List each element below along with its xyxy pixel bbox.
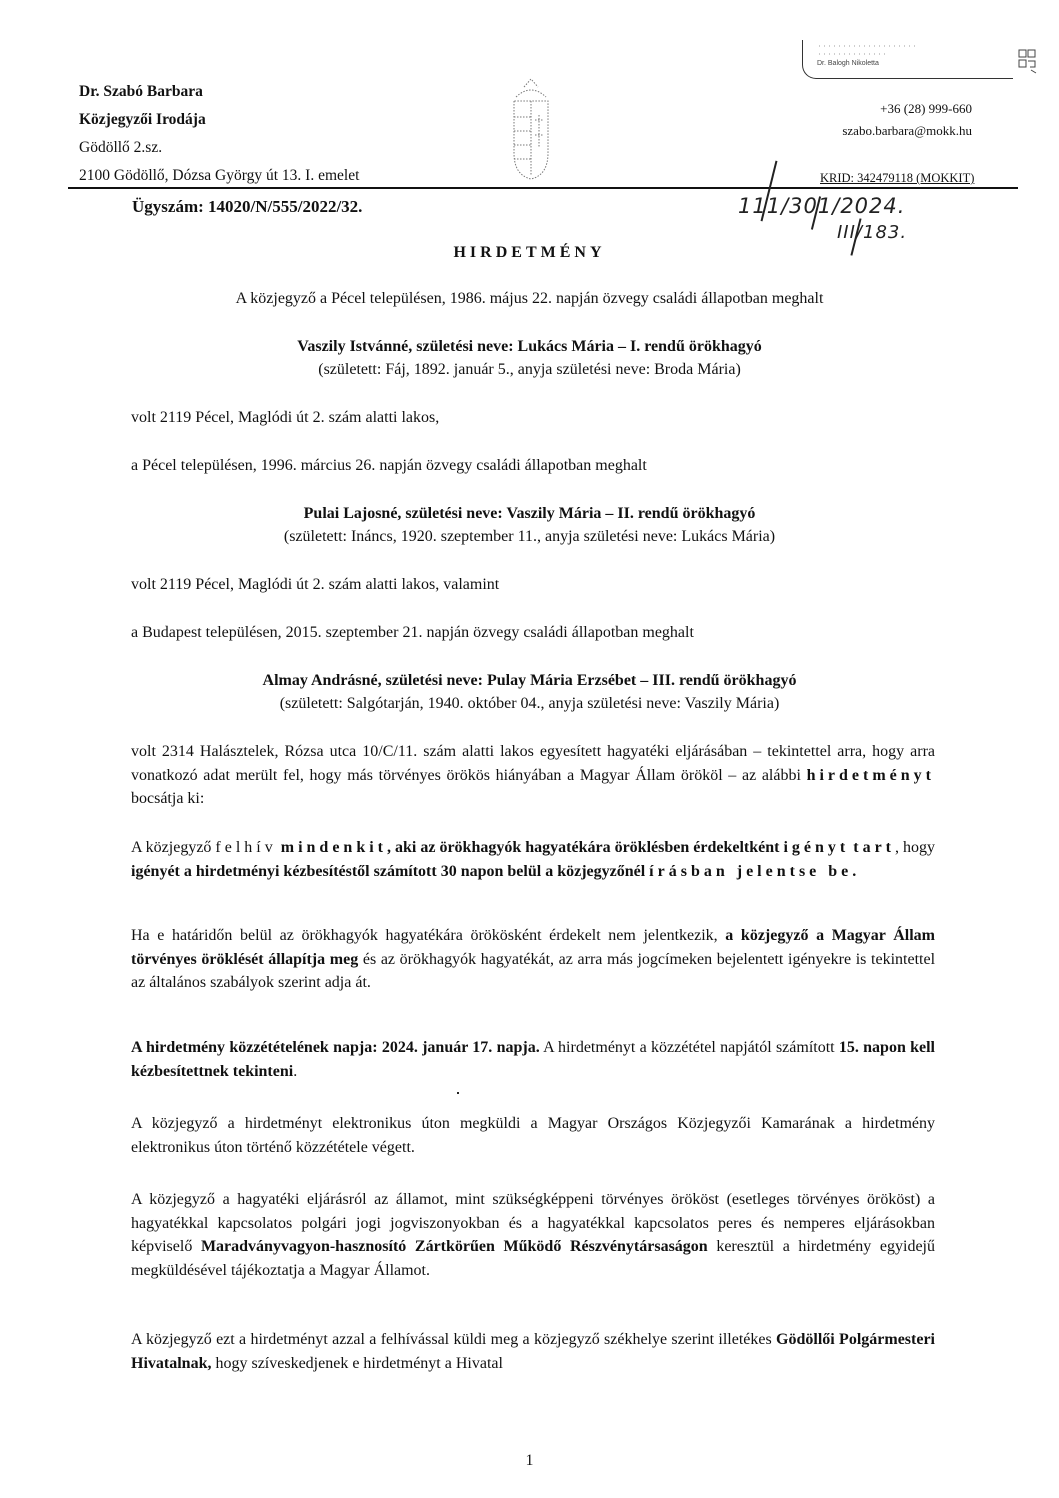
case-number: Ügyszám: 14020/N/555/2022/32. — [132, 197, 362, 217]
deceased-2-residence: volt 2119 Pécel, Maglódi út 2. szám alat… — [131, 573, 499, 597]
deceased-1-intro: A közjegyző a Pécel településen, 1986. m… — [0, 287, 1059, 311]
paragraph-municipal-office: A közjegyző ezt a hirdetményt azzal a fe… — [131, 1328, 935, 1375]
electronic-signature-stamp: Dr. Balogh Nikoletta — [802, 40, 1013, 79]
contact-block: +36 (28) 999-660 szabo.barbara@mokk.hu — [842, 98, 972, 142]
notary-office-block: Dr. Szabó Barbara Közjegyzői Irodája Göd… — [79, 78, 359, 190]
paragraph-chamber: A közjegyző a hirdetményt elektronikus ú… — [131, 1112, 935, 1159]
paragraph-call-for-claims: A közjegyző felhív mindenkit, aki az örö… — [131, 836, 935, 883]
paragraph-publication-date: A hirdetmény közzétételének napja: 2024.… — [131, 1036, 935, 1083]
deceased-1-name: Vaszily Istvánné, születési neve: Lukács… — [0, 335, 1059, 359]
phone-number: +36 (28) 999-660 — [842, 98, 972, 120]
paragraph-state-notification: A közjegyző a hagyatéki eljárásról az ál… — [131, 1188, 935, 1282]
scan-artifact-dots — [14, 22, 1044, 24]
hungarian-coat-of-arms-icon — [508, 75, 554, 181]
deceased-3-birth: (született: Salgótarján, 1940. október 0… — [0, 692, 1059, 716]
qr-code-icon — [1017, 48, 1037, 74]
page-number: 1 — [0, 1452, 1059, 1470]
deceased-2-intro: a Pécel településen, 1996. március 26. n… — [131, 454, 647, 478]
deceased-1-birth: (született: Fáj, 1892. január 5., anyja … — [0, 358, 1059, 382]
email-address: szabo.barbara@mokk.hu — [842, 120, 972, 142]
handwritten-sub-number: III/183. — [837, 222, 907, 243]
office-seat: Gödöllő 2.sz. — [79, 134, 359, 162]
paragraph-deadline: Ha e határidőn belül az örökhagyók hagya… — [131, 924, 935, 995]
handwritten-registration-number: 111/301/2024. — [738, 194, 905, 218]
deceased-3-name: Almay Andrásné, születési neve: Pulay Má… — [0, 669, 1059, 693]
office-address: 2100 Gödöllő, Dózsa György út 13. I. eme… — [79, 162, 359, 190]
deceased-1-residence: volt 2119 Pécel, Maglódi út 2. szám alat… — [131, 406, 439, 430]
header-divider — [68, 187, 1018, 189]
deceased-3-intro: a Budapest településen, 2015. szeptember… — [131, 621, 694, 645]
krid-identifier: KRID: 342479118 (MOKKIT) — [820, 171, 974, 186]
deceased-2-name: Pulai Lajosné, születési neve: Vaszily M… — [0, 502, 1059, 526]
deceased-2-birth: (született: Ináncs, 1920. szeptember 11.… — [0, 525, 1059, 549]
office-title: Közjegyzői Irodája — [79, 106, 359, 134]
paragraph-proceedings: volt 2314 Halásztelek, Rózsa utca 10/C/1… — [131, 740, 935, 811]
scan-speck — [457, 1092, 459, 1094]
document-title: HIRDETMÉNY — [0, 244, 1059, 262]
office-name: Dr. Szabó Barbara — [79, 78, 359, 106]
stamp-signer: Dr. Balogh Nikoletta — [817, 60, 879, 67]
